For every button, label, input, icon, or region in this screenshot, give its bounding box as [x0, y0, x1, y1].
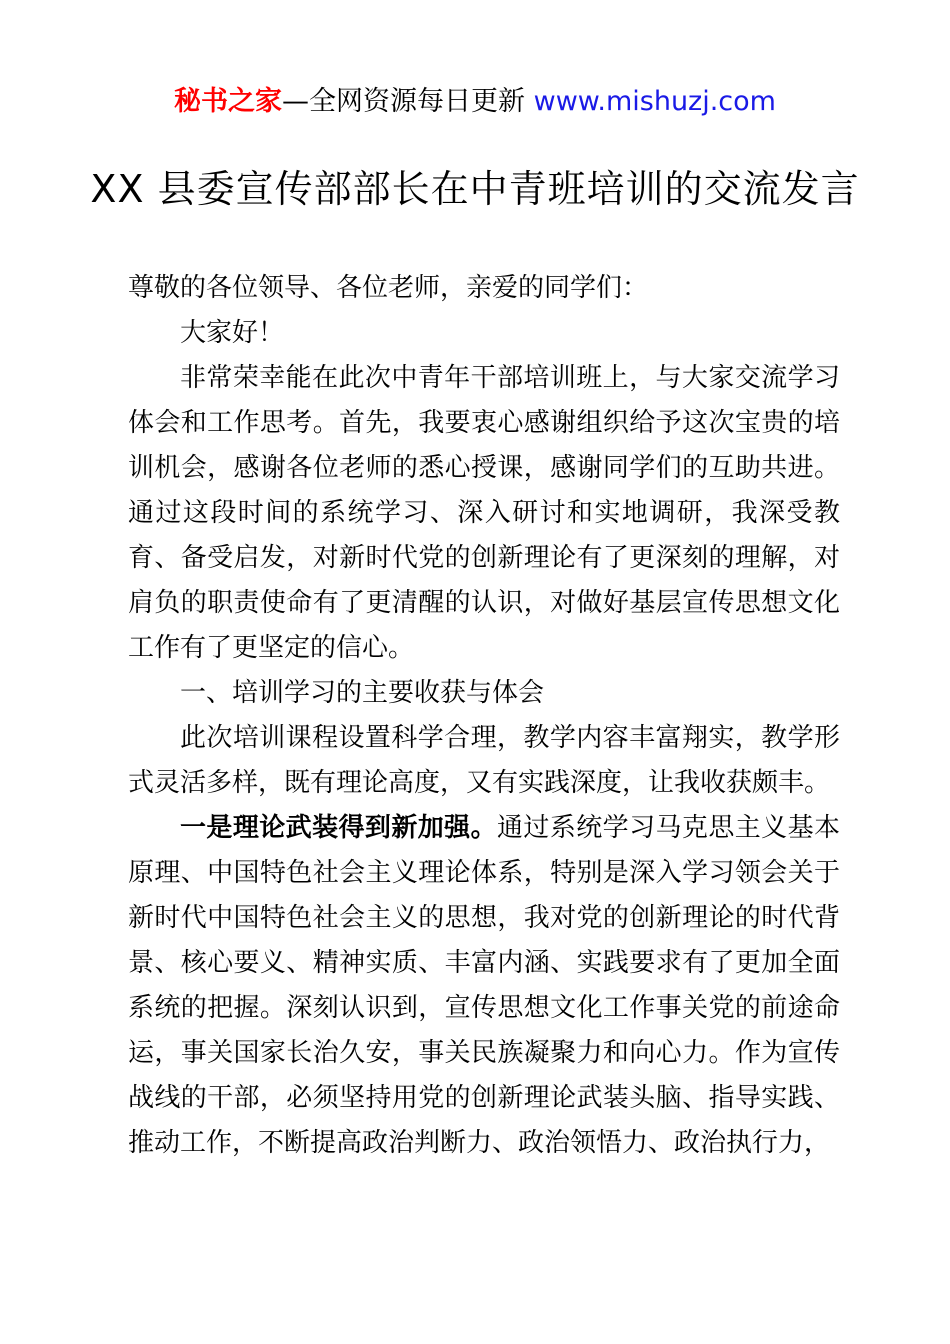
opening-paragraph: 非常荣幸能在此次中青年干部培训班上，与大家交流学习体会和工作思考。首先，我要衷心… — [128, 356, 840, 671]
point-one-paragraph: 一是理论武装得到新加强。通过系统学习马克思主义基本原理、中国特色社会主义理论体系… — [128, 806, 840, 1166]
salutation-paragraph: 尊敬的各位领导、各位老师，亲爱的同学们： — [128, 266, 840, 311]
document-page: 秘书之家—全网资源每日更新 www.mishuzj.com XX 县委宣传部部长… — [0, 0, 950, 1344]
document-body: 尊敬的各位领导、各位老师，亲爱的同学们： 大家好！ 非常荣幸能在此次中青年干部培… — [128, 266, 840, 1166]
section-heading-one: 一、培训学习的主要收获与体会 — [128, 671, 840, 716]
header-separator: — — [282, 86, 309, 117]
header-tagline: 全网资源每日更新 — [309, 86, 525, 117]
point-one-lead: 一是理论武装得到新加强。 — [180, 813, 497, 843]
greeting-paragraph: 大家好！ — [128, 311, 840, 356]
page-header: 秘书之家—全网资源每日更新 www.mishuzj.com — [0, 0, 950, 118]
document-title: XX 县委宣传部部长在中青班培训的交流发言 — [60, 164, 890, 214]
site-url-link[interactable]: www.mishuzj.com — [534, 86, 776, 117]
training-overview-paragraph: 此次培训课程设置科学合理，教学内容丰富翔实，教学形式灵活多样，既有理论高度，又有… — [128, 716, 840, 806]
point-one-body: 通过系统学习马克思主义基本原理、中国特色社会主义理论体系，特别是深入学习领会关于… — [128, 813, 840, 1158]
site-brand: 秘书之家 — [174, 86, 282, 117]
